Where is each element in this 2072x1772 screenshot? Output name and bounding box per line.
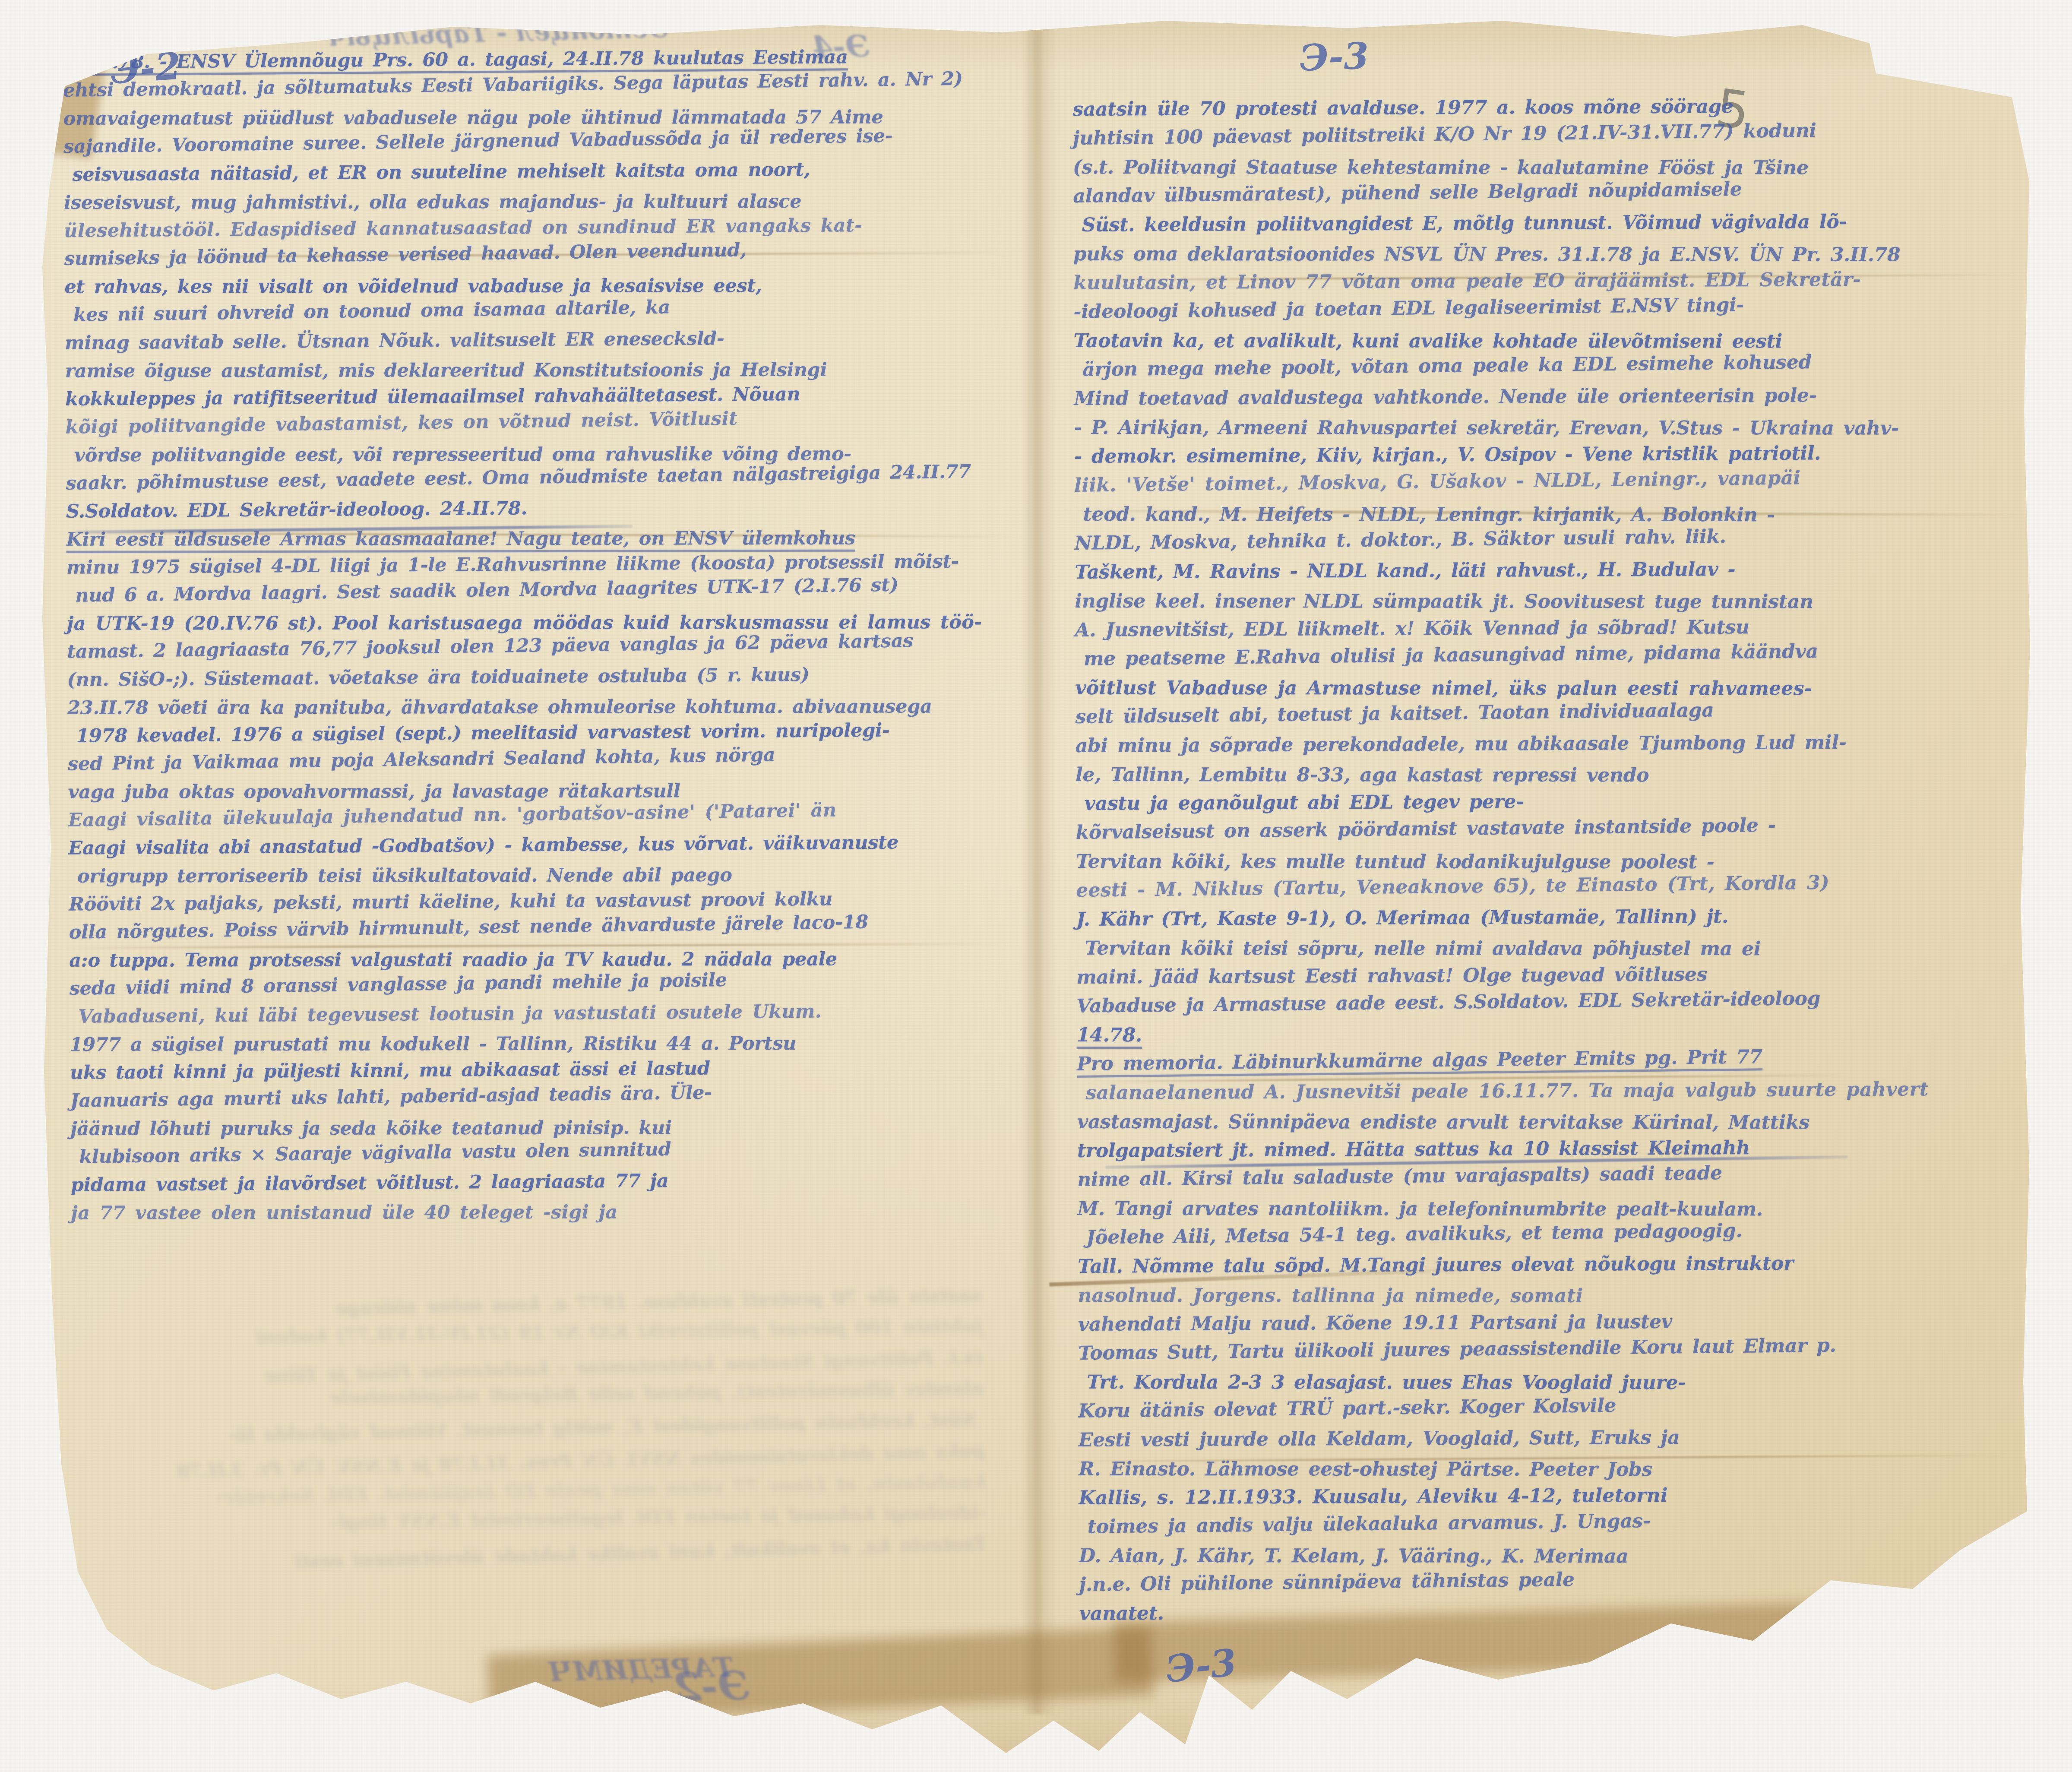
ink-underline [76,525,633,534]
handwritten-line: võrdse poliitvangide eest, või repressee… [74,440,1037,470]
handwritten-line: Vabaduse ja Armastuse aade eest. S.Solda… [1076,981,2044,1020]
handwritten-line: puks oma deklaratsioonides NSVL ÜN Pres.… [100,1435,985,1490]
handwritten-line: vastu ja eganõulgut abi EDL tegev pere- [1084,785,2043,818]
crease-line [1062,1454,2012,1462]
handwritten-line: ja UTK-19 (20.IV.76 st). Pool karistusae… [67,608,1038,638]
handwritten-line: - P. Airikjan, Armeeni Rahvuspartei sekr… [1074,413,2041,443]
handwritten-line: juhtisin 100 päevast poliitstreiki K/O N… [1072,114,2040,152]
handwritten-line: nud 6 a. Mordva laagri. Sest saadik olen… [75,570,1038,610]
handwritten-line: sed Pint ja Vaikmaa mu poja Aleksandri S… [68,737,1040,778]
handwritten-line: tamast. 2 laagriaasta 76,77 jooksul olen… [67,625,1039,666]
handwritten-line: j.n.e. Oli pühilone sünnipäeva tähnistas… [1079,1560,2047,1599]
handwritten-line: alandav ülbusmäratest), pühend selle Bel… [98,1373,984,1417]
handwritten-line: abi minu ja sõprade perekondadele, mu ab… [1076,727,2043,760]
handwritten-line: Jõelehe Aili, Metsa 54-1 teg. avalikuks,… [1086,1213,2045,1252]
handwritten-line: J. Kähr (Trt, Kaste 9-1), O. Merimaa (Mu… [1076,901,2043,934]
handwritten-line: Süst. keeldusin poliitvangidest E, mõtlg… [1082,206,2040,240]
handwritten-line: trolgapatsiert jt. nimed. Hätta sattus k… [1077,1132,2044,1165]
handwritten-line: origrupp terroriseerib teisi üksikultato… [77,861,1040,891]
handwritten-line: kokkuleppes ja ratifitseeritud ülemaailm… [65,379,1037,414]
handwritten-line: maini. Jääd kartsust Eesti rahvast! Olge… [1076,959,2044,992]
handwritten-line: nime all. Kirsi talu saladuste (mu varaj… [1077,1155,2045,1194]
handwritten-line: ülesehitustööl. Edaspidised kannatusaast… [64,210,1035,245]
handwritten-line: Eaagi visalita ülekuulaja juhendatud nn.… [68,794,1040,834]
crease-line [1049,1267,1507,1287]
handwritten-line: et rahvas, kes nii visalt on võidelnud v… [64,272,1036,301]
handwritten-line: -ideoloogi kohused ja toetan EDL legalis… [101,1497,987,1541]
handwritten-line: kõigi poliitvangide vabastamist, kes on … [65,401,1037,441]
handwritten-line: Taškent, M. Ravins - NLDL kand., läti ra… [1075,554,2042,587]
crease-line [1058,274,2025,281]
handwritten-line: Kallis, s. 12.II.1933. Kuusalu, Aleviku … [1079,1479,2046,1513]
handwritten-line: kes nii suuri ohvreid on toonud oma isam… [73,289,1036,329]
handwritten-line: Kiri eesti üldsusele Armas kaasmaalane! … [66,524,1038,554]
handwritten-line: salanaelanenud A. Jusnevitši peale 16.11… [1085,1074,2044,1107]
handwritten-line: iseseisvust, mug jahmistivi., olla eduka… [64,187,1035,217]
handwritten-line: 1977 a sügisel purustati mu kodukell - T… [70,1029,1041,1059]
page-mark-right: Э-3 [1299,34,1369,79]
handwritten-line: le, Tallinn, Lembitu 8-33, aga kastast r… [1076,760,2043,790]
handwritten-line: D. Aian, J. Kähr, T. Kelam, J. Vääring.,… [1079,1541,2046,1571]
handwritten-line: 1978 kevadel. 1976 a sügisel (sept.) mee… [76,715,1039,750]
handwritten-line: Süst. keeldusin poliitvangidest E, mõtlg… [99,1404,976,1453]
handwritten-line: selt üldsuselt abi, toetust ja kaitset. … [1075,692,2043,731]
handwritten-line: 24.II.78. - ENSV Ülemnõugu Prs. 60 a. ta… [63,42,1034,77]
handwritten-line: Eesti vesti juurde olla Keldam, Vooglaid… [1079,1421,2046,1455]
handwritten-line: Tervitan kõiki, kes mulle tuntud kodanik… [1076,847,2043,877]
handwritten-line: Rööviti 2x paljaks, peksti, murti käelin… [69,884,1040,919]
handwritten-line: (s.t. Poliitvangi Staatuse kehtestamine … [98,1342,984,1396]
handwritten-line: puks oma deklaratsioonides NSVL ÜN Pres.… [1073,240,2040,269]
handwritten-line: seisvusaasta näitasid, et ER on suutelin… [72,154,1035,189]
footer-mark-right-page: Э-3 [1164,1641,1239,1692]
stain-band-bottom-right [1113,1599,1952,1683]
handwritten-line: eesti - M. Niklus (Tartu, Veneaknove 65)… [1076,866,2044,905]
handwritten-line: kuulutasin, et Linov 77 võtan oma peale … [1073,264,2040,297]
handwritten-line: olla nõrgutes. Poiss värvib hirmunult, s… [69,906,1041,946]
right-page-text: saatsin üle 70 protesti avalduse. 1977 a… [1072,91,2046,1628]
handwritten-line: me peatseme E.Rahva olulisi ja kaasungiv… [1084,635,2043,674]
crease-line [1053,509,2025,516]
handwritten-line: inglise keel. insener NLDL sümpaatik jt.… [1075,587,2042,617]
handwritten-line: A. Jusnevitšist, EDL liikmelt. x! Kõik V… [1075,611,2042,645]
handwritten-line: NLDL, Moskva, tehnika t. doktor., B. Säk… [1074,519,2042,557]
handwritten-line: klubisoon ariks × Saaraje vägivalla vast… [79,1130,1042,1171]
handwritten-line: sajandile. Vooromaine suree. Sellele jär… [63,120,1035,161]
handwritten-line: minag saavitab selle. Ütsnan Nõuk. valit… [65,323,1036,358]
handwritten-line: Pro memoria. Läbinurkkumärne algas Peete… [1077,1039,2044,1078]
page-mark-left: Э-2 [109,44,183,92]
handwritten-line: saatsin üle 70 protesti avalduse. 1977 a… [96,1280,982,1329]
fold-crease [1022,17,1057,1714]
paper-sheet: Эетонцел - Тарылцыч Э-4 Э-2 Э-3 5 24.II.… [0,0,2072,1772]
handwritten-line: ramise õiguse austamist, mis deklareerit… [65,356,1037,386]
handwritten-line: (s.t. Poliitvangi Staatuse kehtestamine … [1073,153,2040,183]
pencil-page-number: 5 [1712,78,1753,142]
handwritten-line: Trt. Kordula 2-3 3 elasajast. uues Ehas … [1087,1368,2045,1398]
tape-stain-top-left [23,34,108,159]
left-page-text: 24.II.78. - ENSV Ülemnõugu Prs. 60 a. ta… [63,42,1042,1228]
handwritten-line: minu 1975 sügisel 4-DL liigi ja 1-le E.R… [66,547,1038,582]
handwritten-line: alandav ülbusmäratest), pühend selle Bel… [1073,171,2040,210]
handwritten-line: omavaigematust püüdlust vabadusele nägu … [63,103,1035,133]
crease-line [1079,1074,1857,1083]
handwritten-line: - demokr. esimemine, Kiiv, kirjan., V. O… [1074,438,2041,471]
crease-line [60,943,1010,949]
handwritten-line: ärjon mega mehe poolt, võtan oma peale k… [1082,345,2041,384]
handwritten-line: 23.II.78 võeti ära ka panituba, ähvardat… [67,693,1039,722]
handwritten-line: seda viidi mind 8 oranssi vanglasse ja p… [69,962,1041,1003]
handwritten-line: vaga juba oktas opovahvormassi, ja lavas… [68,777,1039,807]
handwritten-line: Taotavin ka, et avalikult, kuni avalike … [1074,326,2041,356]
handwritten-line: võitlust Vabaduse ja Armastuse nimel, ük… [1075,674,2042,703]
handwritten-line: Jaanuaris aga murti uks lahti, paberid-a… [70,1074,1042,1115]
handwritten-line: S.Soldatov. EDL Sekretär-ideoloog. 24.II… [66,491,1038,526]
handwritten-line: Tervitan kõiki teisi sõpru, nelle nimi a… [1085,934,2044,964]
handwritten-line: saatsin üle 70 protesti avalduse. 1977 a… [1072,91,2040,124]
handwritten-line: uks taoti kinni ja püljesti kinni, mu ab… [70,1052,1041,1087]
handwritten-line: R. Einasto. Lähmose eest-ohustej Pärtse.… [1079,1455,2046,1484]
handwritten-line: teod. kand., M. Heifets - NLDL, Leningr.… [1083,500,2041,530]
handwritten-line: toimes ja andis valju ülekaaluka arvamus… [1087,1503,2046,1541]
handwritten-line: Koru ätänis olevat TRÜ part.-sekr. Koger… [1078,1386,2046,1425]
handwritten-line: sumiseks ja löönud ta kehasse verised ha… [64,232,1036,273]
handwritten-line: M. Tangi arvates nantoliikm. ja telefoni… [1077,1194,2044,1224]
footer-showthrough-mark: Э-2 [673,1662,750,1711]
handwritten-line: Vabaduseni, kui läbi tegevusest lootusin… [78,996,1041,1031]
handwritten-line: ja 77 vastee olen unistanud üle 40 teleg… [71,1198,1042,1228]
handwritten-line: Toomas Sutt, Tartu ülikooli juures peaas… [1078,1329,2046,1367]
handwritten-line: kuulutasin, et Linov 77 võtan oma peale … [100,1466,986,1516]
footer-showthrough-word: ТАРЕДИМЧ [548,1651,734,1687]
stain-band-bottom-left [487,1626,1154,1724]
handwritten-line: 14.78. [1077,1021,2044,1051]
handwritten-line: Taotavin ka, et avalikult, kuni avalike … [102,1528,987,1582]
showthrough-header-mark: Э-4 [811,28,870,65]
handwritten-line: vastasmajast. Sünnipäeva endiste arvult … [1077,1107,2044,1137]
handwritten-line: ehtsi demokraatl. ja sõltumatuks Eesti V… [63,64,1035,104]
crease-line [56,251,1023,259]
handwritten-line: (nn. SišO-;). Süstemaat. võetakse ära to… [67,659,1038,694]
handwritten-line: Tall. Nõmme talu sõpd. M.Tangi juures ol… [1078,1248,2045,1281]
handwritten-line: kõrvalseisust on asserk pöördamist vasta… [1076,808,2043,847]
handwritten-line: nasolnud. Jorgens. tallinna ja nimede, s… [1078,1281,2045,1311]
handwritten-line: saakr. põhimustuse eest, vaadete eest. O… [66,457,1038,497]
footer-corner-mark: Э-2 [1889,1602,1962,1651]
handwritten-line: juhtisin 100 päevast poliitstreiki K/O N… [97,1311,983,1355]
ink-underline [1105,1155,1848,1169]
handwritten-line: vahendati Malju raud. Kõene 19.11 Partsa… [1078,1306,2045,1339]
handwritten-line: vanatet. [1079,1595,2046,1628]
crease-line [52,532,1028,538]
showthrough-text-block: saatsin üle 70 protesti avalduse. 1977 a… [96,1280,987,1578]
handwritten-line: Mind toetavad avaldustega vahtkonde. Nen… [1074,380,2041,413]
handwritten-line: jäänud lõhuti puruks ja seda kõike teata… [70,1114,1042,1143]
handwritten-line: liik. 'Vetše' toimet., Moskva, G. Ušakov… [1074,461,2042,500]
handwritten-line: pidama vastset ja ilavõrdset võitlust. 2… [71,1164,1042,1199]
scanned-document: Эетонцел - Тарылцыч Э-4 Э-2 Э-3 5 24.II.… [0,0,2072,1772]
handwritten-line: -ideoloogi kohused ja toetan EDL legalis… [1073,287,2041,326]
handwritten-line: a:o tuppa. Tema protsessi valgustati raa… [69,945,1041,975]
handwritten-line: Eaagi visalita abi anastatud -Godbatšov)… [68,828,1040,863]
showthrough-header: Эетонцел - Тарылцыч [328,14,667,52]
